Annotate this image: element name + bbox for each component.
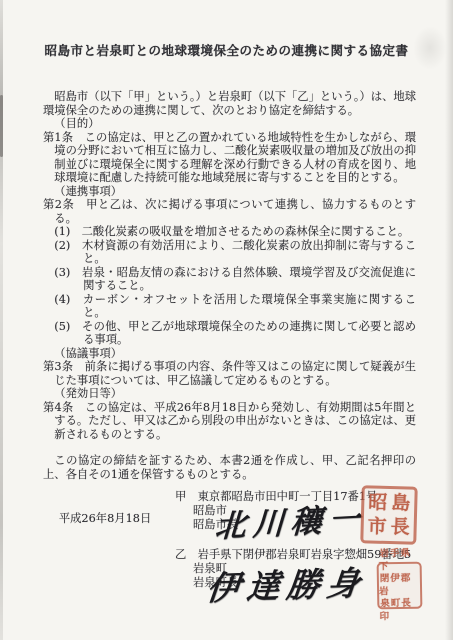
party-a-seal: 昭島 市長: [360, 485, 417, 544]
party-a-seal-text: 市長: [363, 514, 414, 539]
article-4: 第4条 この協定は、平成26年8月18日から発効し、有効期間は5年間とする。ただ…: [43, 401, 416, 442]
party-a-seal-text: 昭島: [364, 490, 415, 515]
list-item-2: (2) 木材資源の有効活用により、二酸化炭素の放出抑制に寄与すること。: [54, 239, 416, 266]
party-b-seal-text: 岩手県下: [378, 548, 419, 574]
article-3: 第3条 前条に掲げる事項の内容、条件等又はこの協定に関して疑義が生じた事項につい…: [43, 360, 416, 387]
article-1: 第1条 この協定は、甲と乙の置かれている地域特性を生かしながら、環境の分野におい…: [43, 131, 416, 185]
article-2: 第2条 甲と乙は、次に掲げる事項について連携し、協力するものとする。: [43, 198, 416, 225]
list-item-5: (5) その他、甲と乙が地球環境保全のための連携に関して必要と認める事項。: [54, 320, 416, 347]
document-body: 昭島市（以下「甲」という。）と岩泉町（以下「乙」という。）は、地球環境保全のため…: [43, 90, 416, 526]
party-a-signature: 北川穰一: [214, 493, 368, 546]
party-b-seal-text: 泉町長印: [379, 598, 420, 624]
list-item-4: (4) カーボン・オフセットを活用した環境保全事業実施に関すること。: [54, 293, 416, 320]
scanned-agreement-page: 昭島市と岩泉町との地球環境保全のための連携に関する協定書 昭島市（以下「甲」とい…: [0, 0, 453, 640]
section-heading-consultation: （協議事項）: [54, 347, 416, 361]
document-title: 昭島市と岩泉町との地球環境保全のための連携に関する協定書: [0, 41, 453, 59]
section-heading-effective-date: （発効日等）: [54, 387, 416, 401]
section-heading-purpose: （目的）: [54, 117, 416, 131]
closing-paragraph: この協定の締結を証するため、本書2通を作成し、甲、乙記名押印の上、各自その1通を…: [43, 454, 416, 481]
section-heading-cooperation: （連携事項）: [54, 185, 416, 199]
party-b-seal-text: 閉伊郡岩: [379, 573, 420, 599]
list-item-1: (1) 二酸化炭素の吸収量を増加させるための森林保全に関すること。: [54, 225, 416, 239]
list-item-3: (3) 岩泉・昭島友情の森における自然体験、環境学習及び交流促進に関すること。: [54, 266, 416, 293]
scan-smudge-artifact: [0, 95, 3, 157]
scan-right-edge-artifact: [445, 0, 453, 640]
party-b-seal: 岩手県下 閉伊郡岩 泉町長印: [377, 562, 423, 610]
party-b-signature: 伊達勝身: [205, 557, 370, 610]
intro-paragraph: 昭島市（以下「甲」という。）と岩泉町（以下「乙」という。）は、地球環境保全のため…: [43, 90, 416, 117]
